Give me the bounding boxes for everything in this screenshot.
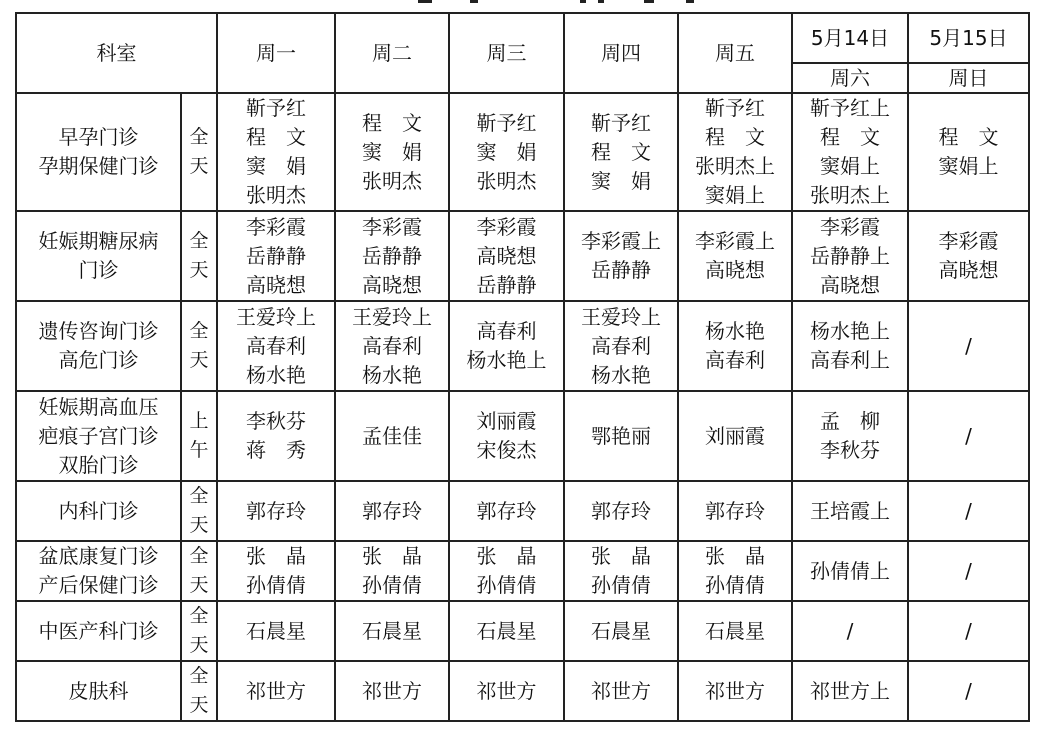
doctor-cell: 李彩霞上岳静静 [564,211,678,301]
doctor-cell: / [908,661,1029,721]
doctor-name: 祁世方 [679,677,791,706]
doctor-name: 高春利 [218,332,334,361]
doctor-name: 祁世方 [450,677,563,706]
doctor-name: 张 晶 [565,542,677,571]
doctor-name: 孙倩倩 [565,571,677,600]
doctor-name: 岳静静上 [793,242,907,271]
doctor-name: 靳予红 [565,109,677,138]
doctor-cell: 郭存玲 [335,481,449,541]
dept-name-line: 中医产科门诊 [17,617,180,646]
doctor-cell: 石晨星 [217,601,335,661]
doctor-cell: 杨水艳高春利 [678,301,792,391]
schedule-row: 早孕门诊孕期保健门诊全天靳予红程 文窦 娟张明杰程 文窦 娟张明杰靳予红窦 娟张… [16,93,1029,211]
doctor-name: 高晓想 [336,271,448,300]
doctor-cell: 杨水艳上高春利上 [792,301,908,391]
doctor-name: 程 文 [909,123,1028,152]
doctor-cell: 郭存玲 [678,481,792,541]
doctor-name: 张明杰 [450,167,563,196]
doctor-cell: 刘丽霞宋俊杰 [449,391,564,481]
doctor-cell: 祁世方 [449,661,564,721]
doctor-name: 张 晶 [336,542,448,571]
dept-name: 妊娠期糖尿病门诊 [16,211,181,301]
doctor-name: 高晓想 [793,271,907,300]
clinic-schedule-table: 科室 周一 周二 周三 周四 周五 5月14日 5月15日 周六 周日 早孕门诊… [15,12,1030,722]
dept-name-line: 双胎门诊 [17,451,180,480]
doctor-name: 石晨星 [218,617,334,646]
doctor-name: 张 晶 [679,542,791,571]
doctor-cell: 郭存玲 [564,481,678,541]
session-time-char: 全 [182,542,216,571]
session-time-char: 全 [182,227,216,256]
header-day-wed: 周三 [449,13,564,93]
doctor-name: 李秋芬 [793,436,907,465]
doctor-name: 窦 娟 [218,152,334,181]
doctor-cell: 靳予红上程 文窦娟上张明杰上 [792,93,908,211]
doctor-name: 程 文 [218,123,334,152]
doctor-name: 程 文 [679,123,791,152]
dept-name-line: 产后保健门诊 [17,571,180,600]
session-time-char: 全 [182,602,216,631]
doctor-name: 张明杰 [336,167,448,196]
dept-name-line: 盆底康复门诊 [17,542,180,571]
doctor-cell: 祁世方 [678,661,792,721]
doctor-name: 靳予红 [218,94,334,123]
doctor-name: 高春利 [336,332,448,361]
doctor-name: 程 文 [793,123,907,152]
doctor-cell: / [908,481,1029,541]
doctor-name: 高晓想 [218,271,334,300]
doctor-name: 李彩霞 [336,213,448,242]
session-time: 全天 [181,661,217,721]
dept-name: 皮肤科 [16,661,181,721]
doctor-cell: 祁世方 [217,661,335,721]
doctor-cell: / [908,301,1029,391]
doctor-name: 岳静静 [565,256,677,285]
doctor-cell: 靳予红窦 娟张明杰 [449,93,564,211]
session-time-char: 天 [182,571,216,600]
header-day-sun: 周日 [908,63,1029,93]
doctor-name: 李彩霞上 [679,227,791,256]
header-day-mon: 周一 [217,13,335,93]
doctor-name: 靳予红 [679,94,791,123]
dept-name-line: 疤痕子宫门诊 [17,422,180,451]
doctor-name: 孙倩倩 [218,571,334,600]
doctor-cell: 石晨星 [564,601,678,661]
schedule-row: 妊娠期糖尿病门诊全天李彩霞岳静静高晓想李彩霞岳静静高晓想李彩霞高晓想岳静静李彩霞… [16,211,1029,301]
doctor-cell: 王爱玲上高春利杨水艳 [564,301,678,391]
doctor-cell: 程 文窦娟上 [908,93,1029,211]
doctor-name: 窦娟上 [679,181,791,210]
schedule-row: 遗传咨询门诊高危门诊全天王爱玲上高春利杨水艳王爱玲上高春利杨水艳高春利杨水艳上王… [16,301,1029,391]
doctor-name: 鄂艳丽 [565,422,677,451]
dept-name-line: 内科门诊 [17,497,180,526]
doctor-cell: 孟 柳李秋芬 [792,391,908,481]
doctor-name: 靳予红上 [793,94,907,123]
doctor-cell: 张 晶孙倩倩 [449,541,564,601]
doctor-name: 孟佳佳 [336,422,448,451]
doctor-name: 李彩霞 [450,213,563,242]
session-time: 上午 [181,391,217,481]
session-time-char: 天 [182,511,216,540]
doctor-name: 窦 娟 [336,138,448,167]
doctor-name: 杨水艳 [336,361,448,390]
doctor-name: 高春利上 [793,346,907,375]
dept-name-line: 妊娠期高血压 [17,393,180,422]
session-time-char: 全 [182,317,216,346]
doctor-name: 刘丽霞 [450,407,563,436]
doctor-name: 张 晶 [450,542,563,571]
doctor-name: 杨水艳上 [450,346,563,375]
doctor-name: 窦娟上 [793,152,907,181]
doctor-cell: 程 文窦 娟张明杰 [335,93,449,211]
doctor-name: 王爱玲上 [336,303,448,332]
doctor-name: 祁世方 [565,677,677,706]
doctor-name: 祁世方 [336,677,448,706]
doctor-name: 孙倩倩 [450,571,563,600]
doctor-name: 高春利 [450,317,563,346]
doctor-name: 王爱玲上 [565,303,677,332]
doctor-cell: / [908,601,1029,661]
doctor-cell: 祁世方 [564,661,678,721]
session-time: 全天 [181,93,217,211]
doctor-name: / [793,617,907,646]
doctor-name: 张 晶 [218,542,334,571]
dept-name: 中医产科门诊 [16,601,181,661]
doctor-name: 高晓想 [909,256,1028,285]
dept-name-line: 早孕门诊 [17,123,180,152]
cropped-title-fragment [400,0,700,4]
doctor-cell: 郭存玲 [449,481,564,541]
doctor-name: 张明杰 [218,181,334,210]
session-time-char: 午 [182,436,216,465]
doctor-cell: 靳予红程 文窦 娟张明杰 [217,93,335,211]
doctor-name: 王爱玲上 [218,303,334,332]
doctor-cell: 李彩霞上高晓想 [678,211,792,301]
doctor-name: 高春利 [679,346,791,375]
header-date-sun: 5月15日 [908,13,1029,63]
session-time-char: 天 [182,691,216,720]
doctor-cell: 李秋芬蒋 秀 [217,391,335,481]
session-time-char: 全 [182,662,216,691]
doctor-cell: 张 晶孙倩倩 [564,541,678,601]
doctor-cell: 鄂艳丽 [564,391,678,481]
header-date-sat: 5月14日 [792,13,908,63]
doctor-name: 李彩霞上 [565,227,677,256]
doctor-cell: 靳予红程 文张明杰上窦娟上 [678,93,792,211]
doctor-name: 岳静静 [450,271,563,300]
doctor-name: 李秋芬 [218,407,334,436]
doctor-name: 孙倩倩上 [793,557,907,586]
doctor-name: 蒋 秀 [218,436,334,465]
doctor-name: 杨水艳 [218,361,334,390]
doctor-name: 郭存玲 [565,497,677,526]
doctor-cell: 石晨星 [678,601,792,661]
doctor-name: 郭存玲 [218,497,334,526]
doctor-cell: 祁世方 [335,661,449,721]
doctor-cell: 高春利杨水艳上 [449,301,564,391]
doctor-cell: 张 晶孙倩倩 [335,541,449,601]
session-time: 全天 [181,481,217,541]
doctor-name: 祁世方上 [793,677,907,706]
dept-name: 遗传咨询门诊高危门诊 [16,301,181,391]
doctor-cell: 张 晶孙倩倩 [217,541,335,601]
doctor-cell: / [908,391,1029,481]
doctor-name: 石晨星 [679,617,791,646]
header-day-sat: 周六 [792,63,908,93]
dept-name: 早孕门诊孕期保健门诊 [16,93,181,211]
doctor-name: 孟 柳 [793,407,907,436]
doctor-cell: 祁世方上 [792,661,908,721]
schedule-row: 妊娠期高血压疤痕子宫门诊双胎门诊上午李秋芬蒋 秀孟佳佳刘丽霞宋俊杰鄂艳丽刘丽霞孟… [16,391,1029,481]
doctor-name: 高晓想 [450,242,563,271]
doctor-name: 石晨星 [450,617,563,646]
doctor-name: 杨水艳上 [793,317,907,346]
doctor-cell: 靳予红程 文窦 娟 [564,93,678,211]
header-dept: 科室 [16,13,217,93]
doctor-name: 孙倩倩 [679,571,791,600]
dept-name: 盆底康复门诊产后保健门诊 [16,541,181,601]
doctor-name: 孙倩倩 [336,571,448,600]
doctor-cell: 石晨星 [449,601,564,661]
doctor-name: 郭存玲 [679,497,791,526]
doctor-name: 靳予红 [450,109,563,138]
doctor-cell: 李彩霞高晓想 [908,211,1029,301]
session-time-char: 天 [182,256,216,285]
doctor-cell: 王爱玲上高春利杨水艳 [217,301,335,391]
session-time-char: 天 [182,631,216,660]
schedule-row: 中医产科门诊全天石晨星石晨星石晨星石晨星石晨星// [16,601,1029,661]
dept-name: 内科门诊 [16,481,181,541]
header-day-fri: 周五 [678,13,792,93]
header-day-tue: 周二 [335,13,449,93]
schedule-row: 内科门诊全天郭存玲郭存玲郭存玲郭存玲郭存玲王培霞上/ [16,481,1029,541]
doctor-cell: 孙倩倩上 [792,541,908,601]
dept-name-line: 门诊 [17,256,180,285]
doctor-name: / [909,557,1028,586]
doctor-cell: 王爱玲上高春利杨水艳 [335,301,449,391]
doctor-name: 程 文 [565,138,677,167]
doctor-cell: 刘丽霞 [678,391,792,481]
doctor-name: 祁世方 [218,677,334,706]
doctor-cell: / [792,601,908,661]
doctor-cell: 王培霞上 [792,481,908,541]
dept-name-line: 妊娠期糖尿病 [17,227,180,256]
dept-name-line: 孕期保健门诊 [17,152,180,181]
doctor-name: 高晓想 [679,256,791,285]
doctor-cell: 李彩霞岳静静高晓想 [335,211,449,301]
session-time: 全天 [181,601,217,661]
doctor-cell: 张 晶孙倩倩 [678,541,792,601]
doctor-cell: 李彩霞高晓想岳静静 [449,211,564,301]
doctor-cell: 郭存玲 [217,481,335,541]
session-time-char: 全 [182,123,216,152]
session-time-char: 天 [182,152,216,181]
doctor-name: 窦 娟 [565,167,677,196]
doctor-name: 岳静静 [218,242,334,271]
session-time-char: 上 [182,407,216,436]
doctor-name: 高春利 [565,332,677,361]
doctor-name: 李彩霞 [793,213,907,242]
doctor-name: 张明杰上 [679,152,791,181]
doctor-name: 石晨星 [565,617,677,646]
doctor-name: 张明杰上 [793,181,907,210]
doctor-name: 王培霞上 [793,497,907,526]
doctor-name: 窦 娟 [450,138,563,167]
doctor-name: 李彩霞 [909,227,1028,256]
doctor-name: 石晨星 [336,617,448,646]
schedule-row: 皮肤科全天祁世方祁世方祁世方祁世方祁世方祁世方上/ [16,661,1029,721]
session-time: 全天 [181,301,217,391]
session-time: 全天 [181,541,217,601]
dept-name-line: 皮肤科 [17,677,180,706]
dept-name-line: 遗传咨询门诊 [17,317,180,346]
doctor-name: 杨水艳 [565,361,677,390]
doctor-name: 李彩霞 [218,213,334,242]
doctor-name: / [909,332,1028,361]
doctor-cell: 李彩霞岳静静高晓想 [217,211,335,301]
schedule-row: 盆底康复门诊产后保健门诊全天张 晶孙倩倩张 晶孙倩倩张 晶孙倩倩张 晶孙倩倩张 … [16,541,1029,601]
doctor-cell: / [908,541,1029,601]
doctor-name: / [909,422,1028,451]
doctor-name: 郭存玲 [450,497,563,526]
dept-name: 妊娠期高血压疤痕子宫门诊双胎门诊 [16,391,181,481]
doctor-name: 岳静静 [336,242,448,271]
dept-name-line: 高危门诊 [17,346,180,375]
doctor-name: 窦娟上 [909,152,1028,181]
session-time-char: 全 [182,482,216,511]
doctor-name: 宋俊杰 [450,436,563,465]
doctor-cell: 李彩霞岳静静上高晓想 [792,211,908,301]
session-time: 全天 [181,211,217,301]
header-day-thu: 周四 [564,13,678,93]
doctor-name: / [909,497,1028,526]
doctor-cell: 石晨星 [335,601,449,661]
doctor-name: 郭存玲 [336,497,448,526]
doctor-name: / [909,617,1028,646]
doctor-name: 刘丽霞 [679,422,791,451]
doctor-name: / [909,677,1028,706]
doctor-name: 程 文 [336,109,448,138]
doctor-name: 杨水艳 [679,317,791,346]
doctor-cell: 孟佳佳 [335,391,449,481]
session-time-char: 天 [182,346,216,375]
